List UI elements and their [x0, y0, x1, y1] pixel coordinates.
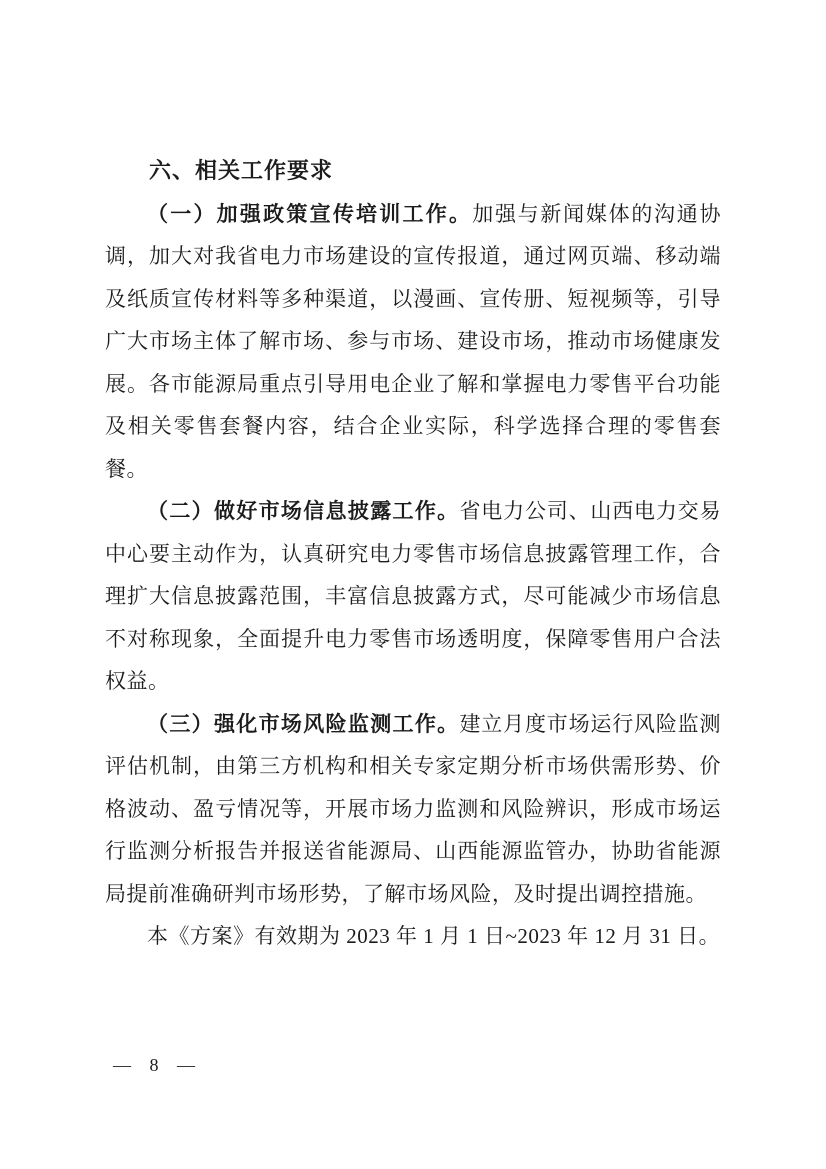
document-page: 六、相关工作要求 （一）加强政策宣传培训工作。加强与新闻媒体的沟通协调，加大对我…: [0, 0, 826, 1169]
paragraph-2: （二）做好市场信息披露工作。省电力公司、山西电力交易中心要主动作为，认真研究电力…: [105, 490, 721, 703]
validity-period-line: 本《方案》有效期为 2023 年 1 月 1 日~2023 年 12 月 31 …: [105, 915, 721, 958]
paragraph-2-lead: （二）做好市场信息披露工作。: [147, 499, 459, 523]
page-number: — 8 —: [113, 1051, 202, 1079]
paragraph-1-text: 加强与新闻媒体的沟通协调，加大对我省电力市场建设的宣传报道，通过网页端、移动端及…: [105, 202, 721, 481]
paragraph-3-text: 建立月度市场运行风险监测评估机制，由第三方机构和相关专家定期分析市场供需形势、价…: [105, 712, 721, 906]
paragraph-1: （一）加强政策宣传培训工作。加强与新闻媒体的沟通协调，加大对我省电力市场建设的宣…: [105, 193, 721, 491]
paragraph-3-lead: （三）强化市场风险监测工作。: [147, 712, 459, 736]
section-title: 六、相关工作要求: [105, 150, 721, 193]
document-body: 六、相关工作要求 （一）加强政策宣传培训工作。加强与新闻媒体的沟通协调，加大对我…: [105, 150, 721, 958]
paragraph-3: （三）强化市场风险监测工作。建立月度市场运行风险监测评估机制，由第三方机构和相关…: [105, 703, 721, 916]
paragraph-1-lead: （一）加强政策宣传培训工作。: [147, 202, 472, 226]
paragraph-2-text: 省电力公司、山西电力交易中心要主动作为，认真研究电力零售市场信息披露管理工作，合…: [105, 499, 721, 693]
